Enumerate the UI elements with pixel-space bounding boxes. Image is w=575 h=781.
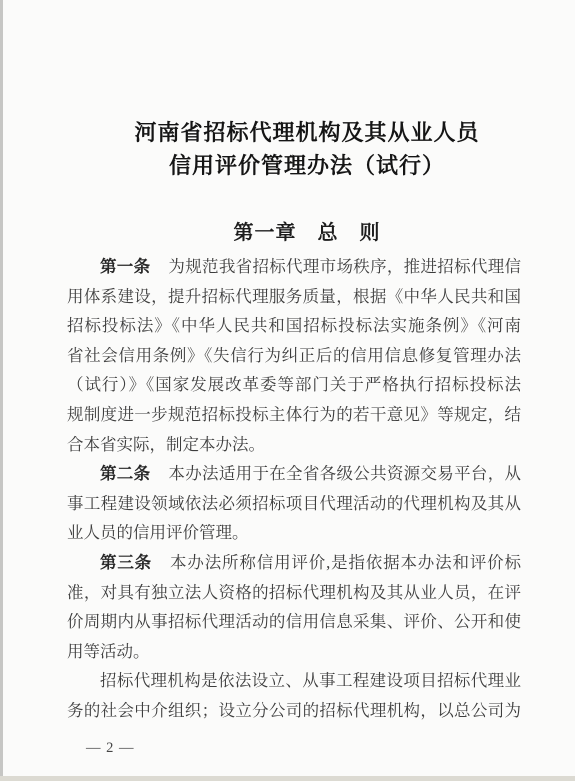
document-line: 价周期内从事招标代理活动的信用信息采集、评价、公开和使 [67, 607, 521, 637]
document-line: 招标投标法》《中华人民共和国招标投标法实施条例》《河南 [67, 311, 521, 341]
scanned-document-page: 河南省招标代理机构及其从业人员 信用评价管理办法（试行） 第一章 总 则 第一条… [0, 0, 575, 781]
document-title-line-2: 信用评价管理办法（试行） [79, 149, 535, 182]
line-text: 事工程建设领域依法必须招标项目代理活动的代理机构及其从 [67, 494, 521, 513]
scan-edge-bottom [0, 776, 575, 781]
document-line: 第三条本办法所称信用评价,是指依据本办法和评价标 [67, 548, 521, 578]
document-title: 河南省招标代理机构及其从业人员 信用评价管理办法（试行） [79, 116, 535, 182]
line-text: 业人员的信用评价管理。 [67, 523, 249, 542]
document-line: 用体系建设，提升招标代理服务质量，根据《中华人民共和国 [67, 282, 521, 312]
scan-edge-left [0, 0, 3, 781]
line-text: 规制度进一步规范招标投标主体行为的若干意见》等规定，结 [67, 405, 521, 424]
article-number-label: 第三条 [100, 553, 152, 572]
document-line: 合本省实际，制定本办法。 [67, 430, 521, 460]
document-line: 事工程建设领域依法必须招标项目代理活动的代理机构及其从 [67, 489, 521, 519]
document-line: 第二条本办法适用于在全省各级公共资源交易平台，从 [67, 459, 521, 489]
document-title-line-1: 河南省招标代理机构及其从业人员 [79, 116, 535, 149]
article-number-label: 第二条 [100, 464, 150, 483]
line-text: 用体系建设，提升招标代理服务质量，根据《中华人民共和国 [67, 287, 521, 306]
line-text: 为规范我省招标代理市场秩序，推进招标代理信 [168, 257, 521, 276]
document-line: 务的社会中介组织；设立分公司的招标代理机构，以总公司为 [67, 696, 521, 726]
chapter-heading: 第一章 总 则 [79, 219, 535, 247]
line-text: 务的社会中介组织；设立分公司的招标代理机构，以总公司为 [67, 701, 521, 720]
line-text: 本办法所称信用评价,是指依据本办法和评价标 [170, 553, 521, 572]
document-line: 省社会信用条例》《失信行为纠正后的信用信息修复管理办法 [67, 341, 521, 371]
document-body: 第一条为规范我省招标代理市场秩序，推进招标代理信 用体系建设，提升招标代理服务质… [67, 252, 521, 726]
line-text: （试行）》《国家发展改革委等部门关于严格执行招标投标法 [67, 375, 521, 394]
page-number: — 2 — [86, 739, 135, 757]
line-text: 价周期内从事招标代理活动的信用信息采集、评价、公开和使 [67, 612, 521, 631]
document-line: （试行）》《国家发展改革委等部门关于严格执行招标投标法 [67, 370, 521, 400]
line-text: 本办法适用于在全省各级公共资源交易平台，从 [168, 464, 521, 483]
line-text: 准，对具有独立法人资格的招标代理机构及其从业人员，在评 [67, 583, 521, 602]
document-line: 准，对具有独立法人资格的招标代理机构及其从业人员，在评 [67, 578, 521, 608]
document-line: 用等活动。 [67, 637, 521, 667]
document-line: 规制度进一步规范招标投标主体行为的若干意见》等规定，结 [67, 400, 521, 430]
document-line: 业人员的信用评价管理。 [67, 518, 521, 548]
document-line: 招标代理机构是依法设立、从事工程建设项目招标代理业 [67, 666, 521, 696]
line-text: 用等活动。 [67, 642, 150, 661]
document-line: 第一条为规范我省招标代理市场秩序，推进招标代理信 [67, 252, 521, 282]
line-text: 招标代理机构是依法设立、从事工程建设项目招标代理业 [100, 671, 521, 690]
article-number-label: 第一条 [100, 257, 150, 276]
line-text: 省社会信用条例》《失信行为纠正后的信用信息修复管理办法 [67, 346, 521, 365]
line-text: 合本省实际，制定本办法。 [67, 435, 265, 454]
line-text: 招标投标法》《中华人民共和国招标投标法实施条例》《河南 [67, 316, 521, 335]
